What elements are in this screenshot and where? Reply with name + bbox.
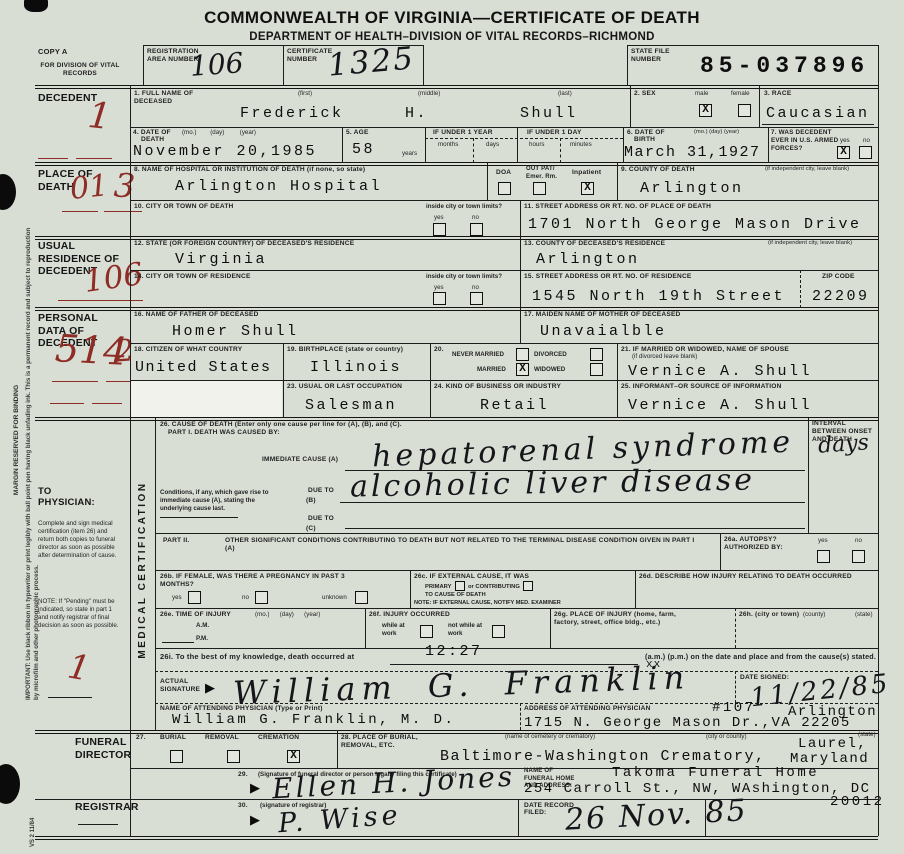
- date-of-death-units: (mo.) (day) (year): [182, 129, 256, 137]
- place-of-injury-label: 26g. PLACE OF INJURY (home, farm, factor…: [554, 611, 689, 627]
- rule: [155, 533, 878, 534]
- rule: [735, 671, 736, 703]
- rule: [155, 608, 878, 609]
- divorced-label: DIVORCED: [534, 351, 567, 359]
- rule: [720, 533, 721, 570]
- pregnancy-unknown-checkbox: [355, 591, 368, 604]
- pregnancy-unknown-label: unknown: [322, 594, 347, 602]
- rule: [768, 127, 769, 163]
- pm-label: P.M.: [196, 635, 208, 643]
- days-label: days: [486, 141, 499, 149]
- under-1-year-label: IF UNDER 1 YEAR: [433, 129, 493, 137]
- due-to-b-label: DUE TO: [308, 487, 334, 495]
- informant-label: 25. INFORMANT–OR SOURCE OF INFORMATION: [621, 383, 782, 391]
- rule: [130, 127, 878, 128]
- contributing-label: or CONTRIBUTING: [468, 584, 520, 592]
- date-of-death-value: November 20,1985: [133, 143, 317, 160]
- rule: [342, 127, 343, 163]
- county-of-death-value: Arlington: [640, 180, 744, 197]
- sex-label: 2. SEX: [634, 90, 656, 98]
- rule: [155, 418, 156, 730]
- am-label: A.M.: [196, 622, 209, 630]
- physician-address-label: ADDRESS OF ATTENDING PHYSICIAN: [524, 705, 651, 713]
- street-of-death-value: 1701 North George Mason Drive: [528, 216, 862, 233]
- zip-label: ZIP CODE: [822, 273, 855, 281]
- punch-hole: [0, 174, 16, 210]
- age-years-label: years: [402, 150, 417, 158]
- residence-limits-no-label: no: [472, 284, 479, 292]
- armed-forces-yes-checkbox: X: [837, 146, 850, 159]
- outpat-checkbox: [533, 182, 546, 195]
- inpatient-checkbox: X: [581, 182, 594, 195]
- rule: [35, 799, 878, 800]
- limits-no-checkbox: [470, 223, 483, 236]
- autopsy-no-label: no: [855, 537, 862, 545]
- age-label: 5. AGE: [346, 129, 369, 137]
- armed-forces-label: 7. WAS DECEDENT EVER IN U.S. ARMED FORCE…: [771, 129, 841, 153]
- father-value: Homer Shull: [172, 323, 299, 340]
- physician-address-number: #107: [712, 700, 756, 716]
- rule: [517, 127, 518, 163]
- residence-street-label: 15. STREET ADDRESS OR RT. NO. OF RESIDEN…: [524, 273, 692, 281]
- rule: [283, 343, 284, 418]
- limits-yes-checkbox: [433, 223, 446, 236]
- clerk-mark: 01: [68, 168, 110, 207]
- rule: [423, 45, 424, 86]
- to-cause-label: TO CAUSE OF DEATH: [425, 592, 486, 600]
- rule: [762, 124, 874, 125]
- street-of-death-label: 11. STREET ADDRESS OR RT. NO. OF PLACE O…: [524, 203, 711, 211]
- death-certificate-scan: COMMONWEALTH OF VIRGINIA—CERTIFICATE OF …: [0, 0, 904, 854]
- time-of-injury-label: 26e. TIME OF INJURY: [160, 611, 231, 619]
- injury-county-label: (county): [803, 611, 825, 619]
- cause-of-death-header: 26. CAUSE OF DEATH (Enter only one cause…: [160, 421, 590, 429]
- rule: [130, 270, 878, 271]
- rule: [473, 138, 474, 163]
- residence-limits-yes-checkbox: [433, 292, 446, 305]
- time-line: [162, 642, 194, 643]
- external-cause-label: 26c. IF EXTERNAL CAUSE, IT WAS: [414, 573, 529, 581]
- external-cause-note: NOTE: IF EXTERNAL CAUSE, NOTIFY MED. EXA…: [414, 600, 561, 607]
- clerk-underline: [62, 211, 98, 212]
- part1-label: PART I. DEATH WAS CAUSED BY:: [168, 429, 280, 437]
- male-option-label: male: [695, 90, 708, 98]
- rule: [130, 343, 878, 344]
- funeral-signature-arrow-icon: ▶: [250, 780, 260, 796]
- occupation-label: 23. USUAL OR LAST OCCUPATION: [287, 383, 402, 391]
- doa-checkbox: [498, 182, 511, 195]
- rule: [800, 270, 801, 308]
- death-time-value: 12:27: [425, 643, 483, 660]
- armed-forces-no-checkbox: [859, 146, 872, 159]
- married-checkbox: X: [516, 363, 529, 376]
- medical-certification-strip: MEDICAL CERTIFICATION: [137, 424, 148, 716]
- spouse-value: Vernice A. Shull: [628, 363, 812, 380]
- widowed-label: WIDOWED: [534, 366, 565, 374]
- never-married-label: NEVER MARRIED: [452, 351, 504, 359]
- clerk-underline: [92, 403, 122, 404]
- funeral-signature-number: 29.: [238, 771, 248, 779]
- funeral-home-name: Takoma Funeral Home: [612, 765, 819, 781]
- registrar-signature-arrow-icon: ▶: [250, 812, 260, 828]
- rule: [337, 730, 338, 768]
- date-of-birth-units: (mo.) (day) (year): [694, 129, 739, 137]
- first-name-value: Frederick: [240, 105, 344, 122]
- funeral-home-address: 254 Carroll St., NW, WAshington, DC: [524, 781, 871, 797]
- rule: [155, 570, 878, 571]
- divorced-checkbox: [590, 348, 603, 361]
- zip-value: 22209: [812, 288, 870, 305]
- scan-blemish: [24, 0, 48, 12]
- citizen-value: United States: [135, 359, 272, 376]
- clerk-underline: [48, 697, 92, 698]
- never-married-checkbox: [516, 348, 529, 361]
- hospital-value: Arlington Hospital: [175, 178, 382, 195]
- attending-physician-name: William G. Franklin, M. D.: [172, 712, 455, 728]
- date-of-birth-value: March 31,1927: [624, 144, 761, 161]
- rule: [143, 45, 144, 86]
- rule: [130, 200, 878, 201]
- date-record-filed-label2: FILED:: [524, 809, 546, 817]
- married-label: MARRIED: [477, 366, 506, 374]
- while-at-work-checkbox: [420, 625, 433, 638]
- industry-value: Retail: [480, 397, 549, 414]
- occupation-value: Salesman: [305, 397, 397, 414]
- signature-arrow-icon: ▶: [205, 680, 215, 696]
- removal-label: REMOVAL: [205, 734, 239, 742]
- rule: [635, 570, 636, 608]
- copy-label: COPY A: [38, 47, 68, 56]
- rule: [617, 343, 618, 418]
- rule: [550, 608, 551, 648]
- clerk-underline: [38, 158, 68, 159]
- armed-forces-yes-label: yes: [840, 137, 850, 145]
- cause-c-line: [345, 528, 805, 529]
- rule: [520, 703, 521, 730]
- minutes-label: minutes: [570, 141, 592, 149]
- physician-pending-note: NOTE: If "Pending" must be indicated, so…: [38, 598, 120, 630]
- registration-area-value: 106: [189, 46, 245, 83]
- disposition-number-label: 27.: [136, 734, 146, 742]
- marital-number-label: 20.: [434, 346, 444, 354]
- removal-checkbox: [227, 750, 240, 763]
- not-while-at-work-label: not while at work: [448, 622, 486, 638]
- interval-value: days: [817, 430, 870, 458]
- residence-limits-no-checkbox: [470, 292, 483, 305]
- rule: [425, 127, 426, 163]
- death-occurred-statement: 26i. To the best of my knowledge, death …: [160, 652, 354, 661]
- pregnancy-yes-checkbox: [188, 591, 201, 604]
- clerk-underline: [50, 403, 84, 404]
- c-label: (C): [306, 525, 316, 533]
- birthplace-value: Illinois: [310, 359, 402, 376]
- cremation-label: CREMATION: [258, 734, 299, 742]
- under-1-day-label: IF UNDER 1 DAY: [527, 129, 582, 137]
- limits-yes-label: yes: [434, 214, 444, 222]
- inpatient-label: Inpatient: [572, 169, 601, 177]
- due-to-c-label: DUE TO: [308, 515, 334, 523]
- copy-for-label: FOR DIVISION OF VITAL RECORDS: [34, 62, 126, 78]
- crematory-name-hint: (name of cemetery or crematory): [505, 733, 595, 741]
- section-funeral-director: FUNERAL DIRECTOR: [75, 736, 135, 761]
- pregnancy-no-checkbox: [255, 591, 268, 604]
- state-file-value: 85-037896: [700, 53, 869, 79]
- last-name-value: Shull: [520, 105, 578, 122]
- last-hint: (last): [558, 90, 572, 98]
- residence-county-label: 13. COUNTY OF DECEASED'S RESIDENCE: [524, 240, 665, 248]
- rule: [878, 45, 879, 836]
- place-of-burial-label: 28. PLACE OF BURIAL, REMOVAL, ETC.: [341, 734, 419, 750]
- burial-label: BURIAL: [160, 734, 186, 742]
- section-to-physician: TO PHYSICIAN:: [38, 486, 104, 509]
- registrar-signature-number: 30.: [238, 802, 248, 810]
- actual-signature-label: ACTUAL SIGNATURE: [160, 678, 208, 694]
- certificate-subtitle: DEPARTMENT OF HEALTH–DIVISION OF VITAL R…: [0, 31, 904, 43]
- mother-label: 17. MAIDEN NAME OF MOTHER OF DECEASED: [524, 311, 681, 319]
- time-of-injury-units: (mo.) (day) (year): [255, 611, 320, 619]
- city-limits-label: inside city or town limits?: [426, 203, 502, 211]
- clerk-mark: 1: [86, 95, 113, 138]
- middle-hint: (middle): [418, 90, 440, 98]
- male-checkbox: X: [699, 104, 712, 117]
- rule: [35, 836, 878, 840]
- months-label: months: [438, 141, 458, 149]
- father-label: 16. NAME OF FATHER OF DECEASED: [134, 311, 259, 319]
- residence-city-label: 14. CITY OR TOWN OF RESIDENCE: [134, 273, 251, 281]
- rule: [130, 86, 131, 836]
- hospital-label: 8. NAME OF HOSPITAL OR INSTITUTION OF DE…: [134, 166, 484, 174]
- cause-b-value: alcoholic liver disease: [350, 462, 756, 504]
- industry-label: 24. KIND OF BUSINESS OR INDUSTRY: [434, 383, 561, 391]
- crematory-city-hint: (city or county): [706, 733, 747, 741]
- first-hint: (first): [298, 90, 312, 98]
- rule: [518, 799, 519, 836]
- b-label: (B): [306, 497, 316, 505]
- certificate-number-value: 1325: [327, 40, 417, 83]
- residence-county-hint: (if independent city, leave blank): [768, 240, 852, 248]
- rule: [808, 418, 809, 533]
- contributing-checkbox: [523, 581, 533, 591]
- autopsy-yes-checkbox: [817, 550, 830, 563]
- pregnancy-label: 26b. IF FEMALE, WAS THERE A PREGNANCY IN…: [160, 573, 360, 589]
- armed-forces-no-label: no: [863, 137, 870, 145]
- rule: [627, 45, 878, 46]
- certificate-title: COMMONWEALTH OF VIRGINIA—CERTIFICATE OF …: [0, 8, 904, 28]
- birthplace-label: 19. BIRTHPLACE (state or country): [287, 346, 403, 354]
- hours-label: hours: [529, 141, 544, 149]
- residence-county-value: Arlington: [536, 251, 640, 268]
- rule: [560, 138, 561, 163]
- burial-checkbox: [170, 750, 183, 763]
- pregnancy-yes-label: yes: [172, 594, 182, 602]
- physician-address-line2: 1715 N. George Mason Dr.,VA 22205: [524, 715, 851, 731]
- injury-state-label: (state): [855, 611, 873, 619]
- describe-injury-label: 26d. DESCRIBE HOW INJURY RELATING TO DEA…: [639, 573, 874, 581]
- informant-value: Vernice A. Shull: [628, 397, 812, 414]
- clerk-mark: 2: [114, 333, 135, 369]
- rule: [759, 86, 760, 127]
- rule: [617, 163, 618, 200]
- clerk-underline: [52, 381, 98, 382]
- residence-limits-yes-label: yes: [434, 284, 444, 292]
- rule: [155, 648, 878, 649]
- punch-hole: [0, 764, 20, 804]
- primary-label: PRIMARY: [425, 584, 452, 592]
- primary-checkbox: [455, 581, 465, 591]
- rule: [627, 45, 628, 86]
- county-of-death-label: 9. COUNTY OF DEATH: [621, 166, 695, 174]
- limits-no-label: no: [472, 214, 479, 222]
- date-of-birth-label2: BIRTH: [634, 136, 655, 144]
- rule: [365, 608, 366, 648]
- autopsy-no-checkbox: [852, 550, 865, 563]
- rule: [283, 45, 284, 86]
- autopsy-yes-label: yes: [818, 537, 828, 545]
- autopsy-label: 26a. AUTOPSY? AUTHORIZED BY:: [724, 536, 796, 552]
- clerk-underline: [78, 824, 118, 825]
- part2-label: PART II.: [163, 537, 189, 545]
- full-name-label: 1. FULL NAME OF DECEASED: [134, 90, 200, 106]
- doa-label: DOA: [496, 169, 511, 177]
- female-checkbox: [738, 104, 751, 117]
- age-value: 58: [352, 141, 375, 158]
- outpat-label: OUT PAT/ Emer. Rm.: [526, 166, 566, 181]
- physician-instructions: Complete and sign medical certification …: [38, 520, 120, 560]
- conditions-note: Conditions, if any, which gave rise to i…: [160, 489, 278, 513]
- injury-city-label: 26h. (city or town): [739, 611, 799, 619]
- race-label: 3. RACE: [764, 90, 791, 98]
- residence-limits-label: inside city or town limits?: [426, 273, 502, 281]
- rule: [430, 343, 431, 418]
- city-of-death-label: 10. CITY OR TOWN OF DEATH: [134, 203, 234, 211]
- residence-state-value: Virginia: [175, 251, 267, 268]
- county-of-death-hint: (if independent city, leave blank): [765, 166, 849, 174]
- crematory-city-value: Laurel,: [798, 736, 867, 752]
- middle-name-value: H.: [405, 105, 428, 122]
- funeral-home-zip: 20012: [830, 794, 885, 810]
- rule: [35, 85, 878, 89]
- female-option-label: female: [731, 90, 750, 98]
- blank-cell: [131, 381, 282, 417]
- not-while-at-work-checkbox: [492, 625, 505, 638]
- injury-occurred-label: 26f. INJURY OCCURRED: [369, 611, 450, 619]
- rule: [487, 163, 488, 200]
- conditions-underline: [160, 517, 238, 518]
- rule: [630, 86, 631, 127]
- while-at-work-label: while at work: [382, 622, 412, 638]
- clerk-mark: 1: [65, 646, 93, 689]
- rule: [425, 138, 623, 139]
- pregnancy-no-label: no: [242, 594, 249, 602]
- race-value: Caucasian: [766, 105, 870, 122]
- mother-value: Unavaialble: [540, 323, 667, 340]
- citizen-label: 18. CITIZEN OF WHAT COUNTRY: [134, 346, 242, 354]
- part2-text: OTHER SIGNIFICANT CONDITIONS CONTRIBUTIN…: [225, 537, 705, 553]
- residence-street-value: 1545 North 19th Street: [532, 288, 785, 305]
- immediate-cause-label: IMMEDIATE CAUSE (A): [262, 456, 338, 464]
- rule: [735, 608, 736, 648]
- binding-margin-note: MARGIN RESERVED FOR BINDING: [13, 235, 21, 645]
- widowed-checkbox: [590, 363, 603, 376]
- residence-state-label: 12. STATE (OR FOREIGN COUNTRY) OF DECEAS…: [134, 240, 354, 248]
- rule: [520, 200, 521, 343]
- spouse-hint: (if divorced leave blank): [632, 353, 697, 361]
- rule: [410, 570, 411, 608]
- state-file-label: STATE FILE NUMBER: [631, 48, 679, 64]
- clerk-underline: [76, 158, 112, 159]
- cremation-checkbox: X: [287, 750, 300, 763]
